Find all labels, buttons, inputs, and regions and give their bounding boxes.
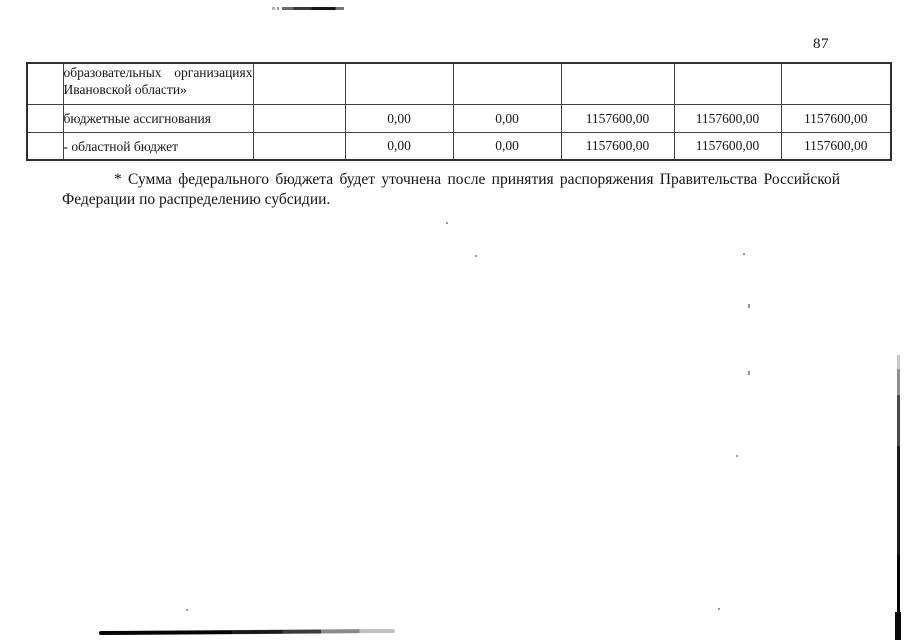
value-cell: 1157600,00 <box>674 105 781 133</box>
footnote-line-1: * Сумма федерального бюджета будет уточн… <box>62 170 840 190</box>
scan-speck <box>748 371 750 375</box>
bottom-scan-line <box>99 629 395 635</box>
value-cell: 1157600,00 <box>781 105 891 133</box>
value-cell: 1157600,00 <box>674 133 781 161</box>
top-scan-mark <box>272 7 344 10</box>
value-cell: 0,00 <box>453 105 561 133</box>
scan-speck <box>446 222 448 224</box>
program-name-word1: образовательных <box>64 64 162 81</box>
value-cell: 0,00 <box>345 105 453 133</box>
scan-speck <box>736 455 738 457</box>
scan-speck <box>743 253 745 255</box>
row-number-cell <box>27 133 63 161</box>
value-cell <box>253 63 345 105</box>
scan-speck <box>718 608 720 610</box>
footnote-line-2: Федерации по распределению субсидии. <box>62 190 840 210</box>
value-cell <box>253 133 345 161</box>
table-row-regional-budget: - областной бюджет 0,00 0,00 1157600,00 … <box>27 133 891 161</box>
value-cell: 1157600,00 <box>561 133 674 161</box>
row-number-cell <box>27 63 63 105</box>
table-row-budget-allocations: бюджетные ассигнования 0,00 0,00 1157600… <box>27 105 891 133</box>
program-name-line1: образовательных организациях <box>64 64 253 81</box>
scan-speck <box>186 609 188 611</box>
footnote: * Сумма федерального бюджета будет уточн… <box>62 170 840 210</box>
scanned-document-page: 87 образовательных организациях Ивановск… <box>0 0 905 640</box>
value-cell <box>781 63 891 105</box>
page-number: 87 <box>813 36 829 53</box>
value-cell: 0,00 <box>345 133 453 161</box>
scan-speck <box>475 255 477 257</box>
right-edge-scan-line-foot <box>895 612 901 640</box>
program-name-word2: организациях <box>174 64 252 81</box>
scan-speck <box>748 304 750 308</box>
program-name-line2: Ивановской области» <box>64 81 253 98</box>
value-cell <box>674 63 781 105</box>
regional-budget-label-cell: - областной бюджет <box>63 133 253 161</box>
right-edge-scan-line <box>897 355 900 640</box>
value-cell <box>561 63 674 105</box>
value-cell: 1157600,00 <box>561 105 674 133</box>
value-cell: 1157600,00 <box>781 133 891 161</box>
budget-allocations-label-cell: бюджетные ассигнования <box>63 105 253 133</box>
budget-table: образовательных организациях Ивановской … <box>26 62 892 161</box>
table-row-program-name: образовательных организациях Ивановской … <box>27 63 891 105</box>
program-name-cell: образовательных организациях Ивановской … <box>63 63 253 105</box>
value-cell <box>253 105 345 133</box>
value-cell <box>345 63 453 105</box>
value-cell <box>453 63 561 105</box>
row-number-cell <box>27 105 63 133</box>
value-cell: 0,00 <box>453 133 561 161</box>
